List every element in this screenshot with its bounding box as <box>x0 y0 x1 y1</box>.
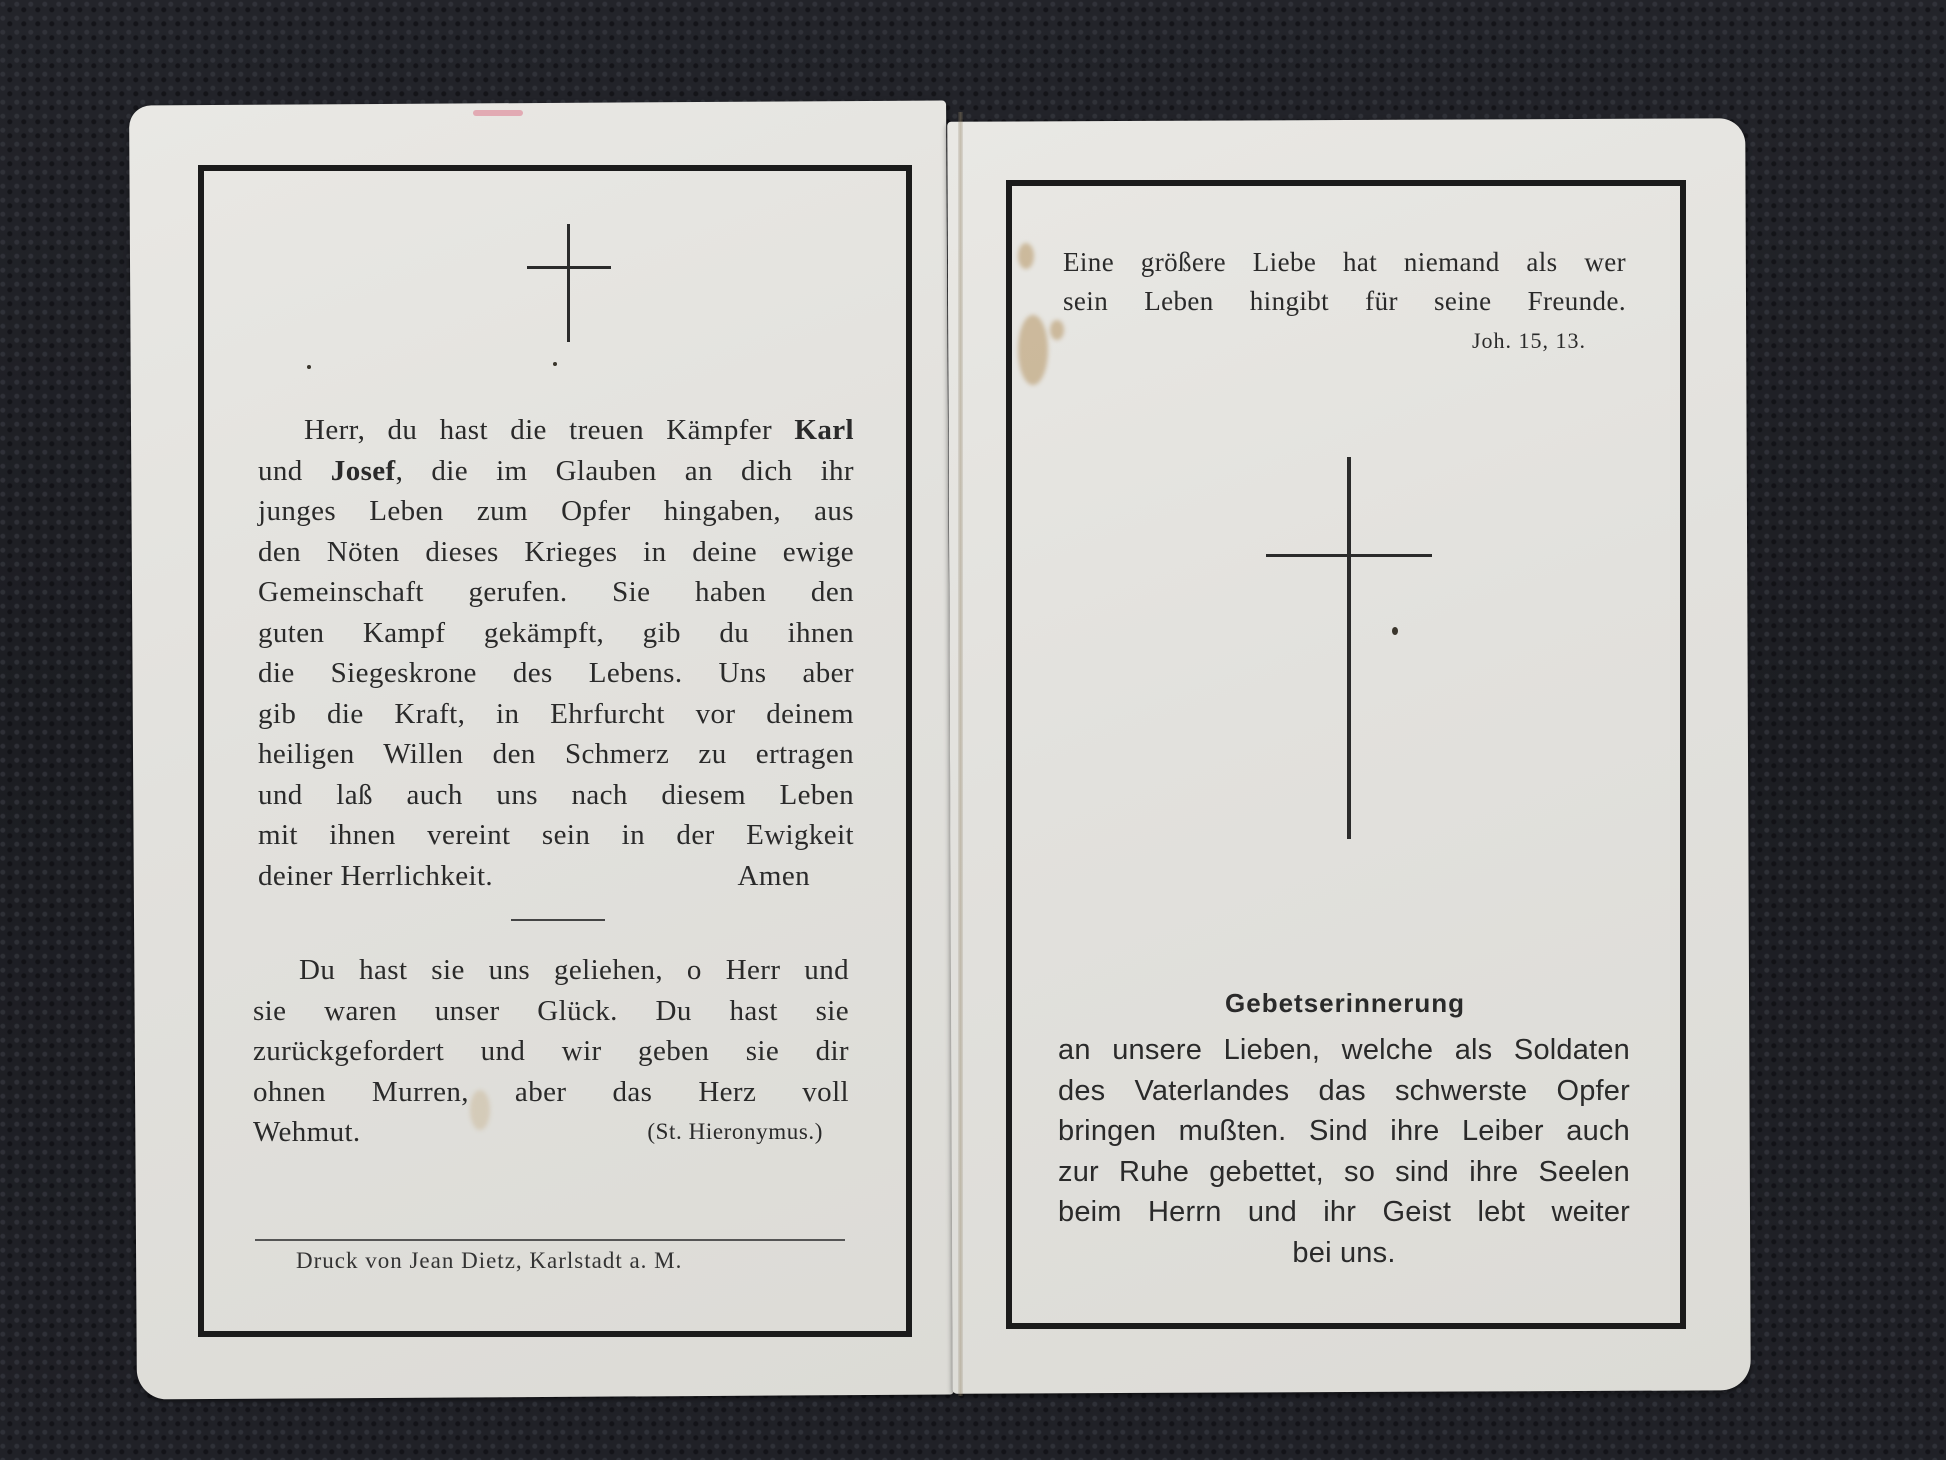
prayer-text: Herr, du hast die treuen Kämpfer Karl un… <box>258 410 854 896</box>
quote-line: Du hast sie uns geliehen, o Herr und <box>253 950 849 991</box>
section-divider <box>511 919 605 921</box>
quote-last-line: Wehmut. <box>253 1112 361 1153</box>
hieronymus-quote: Du hast sie uns geliehen, o Herr und sie… <box>253 950 849 1153</box>
body-line: beim Herrn und ihr Geist lebt weiter <box>1058 1192 1630 1233</box>
prayer-line: junges Leben zum Opfer hingaben, aus <box>258 491 854 532</box>
printer-divider <box>255 1239 845 1241</box>
body-line: zur Ruhe gebettet, so sind ihre Seelen <box>1058 1152 1630 1193</box>
prayer-last-line: deiner Herrlichkeit. <box>258 856 493 897</box>
body-line: bringen mußten. Sind ihre Leiber auch <box>1058 1111 1630 1152</box>
bible-verse: Eine größere Liebe hat niemand als wer s… <box>1063 243 1626 321</box>
age-stain <box>1018 315 1048 385</box>
prayer-line: die Siegeskrone des Lebens. Uns aber <box>258 653 854 694</box>
age-stain <box>1018 243 1034 269</box>
quote-line: sie waren unser Glück. Du hast sie <box>253 991 849 1032</box>
prayer-line: heiligen Willen den Schmerz zu ertragen <box>258 734 854 775</box>
name-karl: Karl <box>794 414 854 446</box>
prayer-line: mit ihnen vereint sein in der Ewigkeit <box>258 815 854 856</box>
red-mark <box>473 110 523 116</box>
quote-attribution: (St. Hieronymus.) <box>647 1112 823 1153</box>
prayer-line: guten Kampf gekämpft, gib du ihnen <box>258 613 854 654</box>
speck <box>553 362 557 366</box>
name-josef: Josef <box>331 455 396 487</box>
quote-line: zurückgefordert und wir geben sie dir <box>253 1031 849 1072</box>
prayer-line: Gemeinschaft gerufen. Sie haben den <box>258 572 854 613</box>
card-fold-crease <box>958 112 963 1396</box>
prayer-closing-row: deiner Herrlichkeit. Amen <box>258 856 854 897</box>
prayer-line: und laß auch uns nach diesem Leben <box>258 775 854 816</box>
speck <box>1392 627 1398 635</box>
verse-line: Eine größere Liebe hat niemand als wer <box>1063 243 1626 282</box>
verse-line: sein Leben hingibt für seine Freunde. <box>1063 282 1626 321</box>
cross-icon <box>1266 457 1434 840</box>
quote-line: ohnen Murren, aber das Herz voll <box>253 1072 849 1113</box>
age-stain <box>1050 320 1064 340</box>
remembrance-text: an unsere Lieben, welche als Soldaten de… <box>1058 1030 1630 1273</box>
body-line: des Vaterlandes das schwerste Opfer <box>1058 1071 1630 1112</box>
printer-credit: Druck von Jean Dietz, Karlstadt a. M. <box>296 1248 682 1274</box>
prayer-line: den Nöten dieses Krieges in deine ewige <box>258 532 854 573</box>
card-title: Gebetserinnerung <box>1060 988 1630 1019</box>
amen: Amen <box>738 856 810 897</box>
prayer-line: Herr, du hast die treuen Kämpfer Karl <box>258 410 854 451</box>
verse-reference: Joh. 15, 13. <box>1472 328 1586 354</box>
cross-icon <box>527 224 611 344</box>
prayer-line: und Josef, die im Glauben an dich ihr <box>258 451 854 492</box>
body-last-line: bei uns. <box>1058 1233 1630 1274</box>
body-line: an unsere Lieben, welche als Soldaten <box>1058 1030 1630 1071</box>
prayer-line: gib die Kraft, in Ehrfurcht vor deinem <box>258 694 854 735</box>
quote-closing-row: Wehmut. (St. Hieronymus.) <box>253 1112 849 1153</box>
speck <box>307 365 311 369</box>
